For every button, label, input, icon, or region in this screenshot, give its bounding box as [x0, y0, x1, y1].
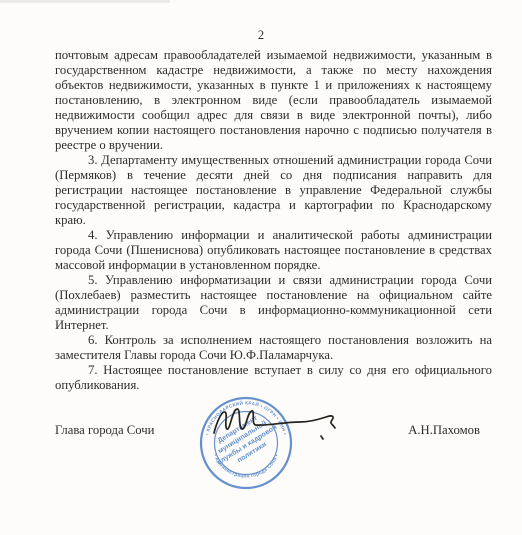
paragraph-item-6: 6. Контроль за исполнением настоящего по…	[55, 333, 492, 363]
signature-block: Глава города Сочи А.Н.Пахомов	[55, 423, 480, 438]
signer-name: А.Н.Пахомов	[408, 423, 480, 438]
paragraph-item-5: 5. Управлению информатизации и связи адм…	[55, 273, 492, 333]
document-page: 2 почтовым адресам правообладателей изым…	[0, 0, 522, 535]
paragraph-item-4: 4. Управлению информации и аналитической…	[55, 228, 492, 273]
page-number: 2	[0, 28, 522, 43]
signer-title: Глава города Сочи	[55, 423, 154, 438]
document-body: почтовым адресам правообладателей изымае…	[55, 48, 492, 393]
scan-artifact	[0, 0, 170, 3]
paragraph-item-7: 7. Настоящее постановление вступает в си…	[55, 363, 492, 393]
paragraph-continuation: почтовым адресам правообладателей изымае…	[55, 48, 492, 153]
paragraph-item-3: 3. Департаменту имущественных отношений …	[55, 153, 492, 228]
